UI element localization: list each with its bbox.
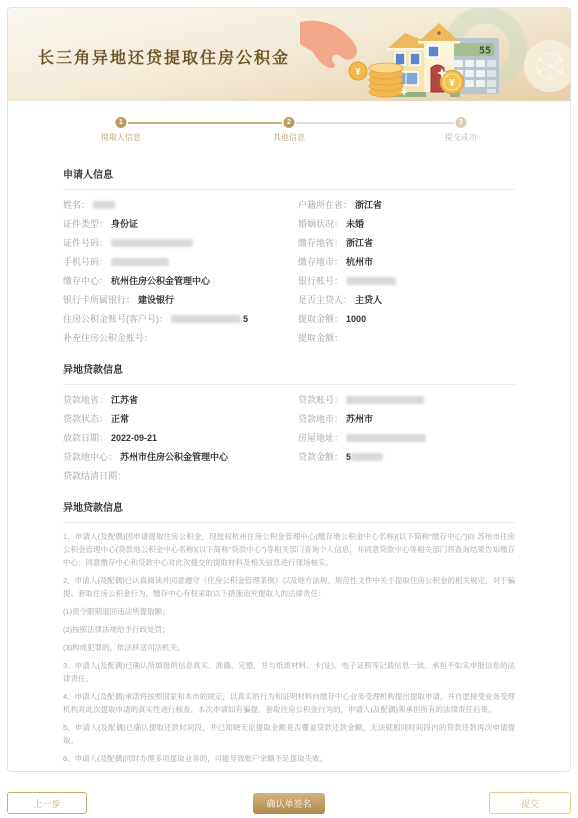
terms-paragraph: (3)构成犯罪的，依法移送司法机关。 — [63, 641, 515, 654]
field-row: 缴存中心：杭州住房公积金管理中心 — [63, 272, 298, 291]
field-row: 姓名： — [63, 196, 298, 215]
field-row: 手机号码： — [63, 253, 298, 272]
field-row: 婚姻状况：未婚 — [298, 215, 515, 234]
field-label: 贷款地省： — [63, 395, 108, 405]
terms-paragraph: 5、申请人(及配偶)已确认提取还款时间段，并已知晓无论提取金额是否覆盖贷款还款金… — [63, 721, 515, 747]
field-row: 缴存地省：浙江省 — [298, 234, 515, 253]
terms-text: 1、申请人(及配偶)因申请提取住房公积金，现授权杭州住房公积金管理中心(缴存地公… — [63, 523, 515, 765]
terms-paragraph: 6、申请人(及配偶)同时办理多项提取业务的，可能导致账户余额不足提取失败。 — [63, 752, 515, 765]
applicant-fields-left: 姓名： 证件类型：身份证 证件号码： 手机号码： 缴存中心：杭州住房公积金管理中… — [63, 196, 298, 348]
step-2-circle: 2 — [284, 117, 295, 128]
field-label: 姓名： — [63, 200, 90, 210]
field-label: 住房公积金账号(客户号)： — [63, 314, 168, 324]
field-row: 贷款结清日期： — [63, 467, 298, 486]
field-value: 杭州市 — [346, 257, 373, 267]
field-value: 1000 — [346, 314, 366, 324]
field-row: 补充住房公积金账号： — [63, 329, 298, 348]
redacted-value — [351, 453, 383, 461]
field-label: 提取金额： — [298, 314, 343, 324]
redacted-value — [171, 315, 241, 323]
prev-step-button[interactable]: 上一步 — [7, 792, 87, 814]
field-value: 身份证 — [111, 219, 138, 229]
terms-paragraph: 3、申请人(及配偶)已确认所填报的信息真实、准确、完整，并与纸质材料、卡(证)、… — [63, 659, 515, 685]
coin-stack-icon — [369, 63, 403, 97]
footer-actions: 上一步 确认单签名 提交 — [7, 792, 571, 814]
field-label: 银行账号： — [298, 276, 343, 286]
field-value: 江苏省 — [111, 395, 138, 405]
field-label: 贷款地市： — [298, 414, 343, 424]
section-terms: 异地贷款信息 1、申请人(及配偶)因申请提取住房公积金，现授权杭州住房公积金管理… — [63, 499, 515, 765]
field-value: 苏州市 — [346, 414, 373, 424]
step-2-label: 其他信息 — [273, 132, 305, 143]
field-label: 手机号码： — [63, 257, 108, 267]
field-label: 缴存中心： — [63, 276, 108, 286]
redacted-value — [93, 201, 115, 209]
banner: 长三角异地还贷提取住房公积金 55 — [8, 8, 570, 101]
field-label: 补充住房公积金账号： — [63, 333, 153, 343]
section-title: 异地贷款信息 — [63, 361, 515, 385]
field-row: 贷款状态：正常 — [63, 410, 298, 429]
field-label: 证件类型： — [63, 219, 108, 229]
redacted-value — [346, 277, 396, 285]
loan-fields-right: 贷款账号： 贷款地市：苏州市 房屋地址： 贷款金额：5 — [298, 391, 515, 486]
form-card: 长三角异地还贷提取住房公积金 55 — [7, 7, 571, 772]
step-connector-done — [128, 122, 282, 124]
confirm-sign-button[interactable]: 确认单签名 — [253, 793, 325, 814]
field-row: 贷款地市：苏州市 — [298, 410, 515, 429]
field-row: 提取金额： — [298, 329, 515, 348]
field-label: 缴存地省： — [298, 238, 343, 248]
section-loan-info: 异地贷款信息 贷款地省：江苏省 贷款状态：正常 放款日期：2022-09-21 … — [63, 361, 515, 486]
field-row: 是否主贷人：主贷人 — [298, 291, 515, 310]
terms-paragraph: 2、申请人(及配偶)已认真阅读并同意遵守《住房公积金管理条例》以及地方法规、规范… — [63, 574, 515, 600]
field-row: 贷款金额：5 — [298, 448, 515, 467]
field-row: 银行卡所属银行：建设银行 — [63, 291, 298, 310]
field-label: 是否主贷人： — [298, 295, 352, 305]
redacted-value — [111, 258, 169, 266]
step-1-label: 提取人信息 — [101, 132, 141, 143]
field-row: 住房公积金账号(客户号)：5 — [63, 310, 298, 329]
applicant-fields-right: 户籍所在省：浙江省 婚姻状况：未婚 缴存地省：浙江省 缴存地市：杭州市 银行账号… — [298, 196, 515, 348]
field-row: 证件类型：身份证 — [63, 215, 298, 234]
redacted-value — [111, 239, 193, 247]
field-label: 贷款地中心： — [63, 452, 117, 462]
field-row: 放款日期：2022-09-21 — [63, 429, 298, 448]
redacted-value — [346, 396, 424, 404]
field-row: 贷款账号： — [298, 391, 515, 410]
hand-coin-icon: ¥ — [300, 21, 367, 80]
step-3-circle: 3 — [455, 117, 466, 128]
field-row: 提取金额：1000 — [298, 310, 515, 329]
step-indicator: 1 提取人信息 2 其他信息 3 提交成功 — [63, 111, 515, 153]
field-row: 贷款地中心：苏州市住房公积金管理中心 — [63, 448, 298, 467]
field-label: 户籍所在省： — [298, 200, 352, 210]
page-title: 长三角异地还贷提取住房公积金 — [38, 45, 290, 68]
terms-paragraph: (2)按照法律法规给予行政处罚； — [63, 623, 515, 636]
field-row: 银行账号： — [298, 272, 515, 291]
field-label: 房屋地址： — [298, 433, 343, 443]
step-3-label: 提交成功 — [445, 132, 477, 143]
field-value: 主贷人 — [355, 295, 382, 305]
field-value: 5 — [243, 314, 248, 324]
field-label: 贷款状态： — [63, 414, 108, 424]
step-1-circle: 1 — [115, 117, 126, 128]
field-label: 银行卡所属银行： — [63, 295, 135, 305]
submit-button[interactable]: 提交 — [489, 792, 571, 814]
field-label: 贷款金额： — [298, 452, 343, 462]
field-value: 2022-09-21 — [111, 433, 157, 443]
field-row: 贷款地省：江苏省 — [63, 391, 298, 410]
section-title: 申请人信息 — [63, 166, 515, 190]
field-label: 贷款结清日期： — [63, 471, 126, 481]
field-value: 正常 — [111, 414, 129, 424]
loan-fields-left: 贷款地省：江苏省 贷款状态：正常 放款日期：2022-09-21 贷款地中心：苏… — [63, 391, 298, 486]
field-value: 苏州市住房公积金管理中心 — [120, 452, 228, 462]
field-row: 证件号码： — [63, 234, 298, 253]
calculator-display: 55 — [479, 46, 491, 57]
field-value: 杭州住房公积金管理中心 — [111, 276, 210, 286]
step-connector-pending — [296, 122, 454, 124]
field-row: 户籍所在省：浙江省 — [298, 196, 515, 215]
field-value: 浙江省 — [346, 238, 373, 248]
field-label: 婚姻状况： — [298, 219, 343, 229]
terms-paragraph: 4、申请人(及配偶)承诺将按照国家和本市的规定，以真实的行为和证明材料向缴存中心… — [63, 690, 515, 716]
field-label: 放款日期： — [63, 433, 108, 443]
section-title: 异地贷款信息 — [63, 499, 515, 523]
section-applicant-info: 申请人信息 姓名： 证件类型：身份证 证件号码： 手机号码： 缴存中心：杭州住房… — [63, 166, 515, 348]
field-row: 房屋地址： — [298, 429, 515, 448]
svg-text:¥: ¥ — [355, 67, 360, 77]
field-label: 贷款账号： — [298, 395, 343, 405]
terms-paragraph: (1)责令限期退回违法所提取额； — [63, 605, 515, 618]
redacted-value — [346, 434, 426, 442]
field-value: 浙江省 — [355, 200, 382, 210]
field-label: 缴存地市： — [298, 257, 343, 267]
field-row: 缴存地市：杭州市 — [298, 253, 515, 272]
terms-paragraph: 1、申请人(及配偶)因申请提取住房公积金，现授权杭州住房公积金管理中心(缴存地公… — [63, 530, 515, 569]
field-value: 未婚 — [346, 219, 364, 229]
svg-text:¥: ¥ — [449, 78, 455, 89]
field-label: 提取金额： — [298, 333, 343, 343]
field-value: 建设银行 — [138, 295, 174, 305]
field-label: 证件号码： — [63, 238, 108, 248]
banner-illustration: 55 — [300, 8, 570, 101]
